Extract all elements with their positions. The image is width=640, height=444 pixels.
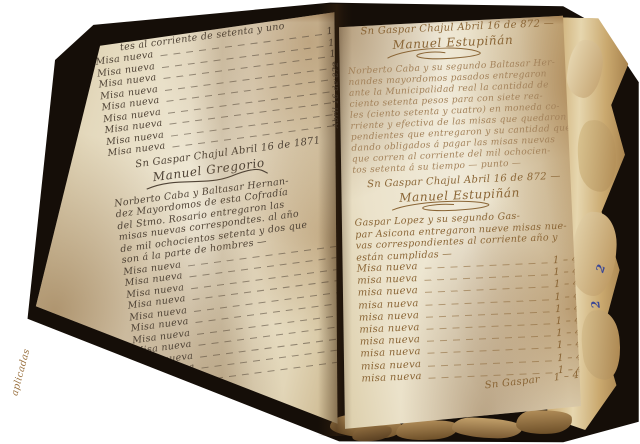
margin-annotation: Abril 16 de 872 xyxy=(331,62,340,128)
manuscript-book-photo: 2 2 las de la cofradía correspondien-tes… xyxy=(0,0,640,444)
corner-value: 1 – 4 xyxy=(553,370,580,384)
entry-label: misa nueva xyxy=(361,371,422,385)
right-page-content: Sn Gaspar Chajul Abril 16 de 872 — Manue… xyxy=(346,14,584,397)
ledger-entries: Misa nueva 1 – 4 misa nueva 1 – 4 misa n… xyxy=(356,254,583,385)
record-paragraph: Norberto Caba y su segundo Baltasar Her-… xyxy=(348,57,575,177)
right-page: Sn Gaspar Chajul Abril 16 de 872 — Manue… xyxy=(335,12,585,434)
margin-note: aplicadas xyxy=(9,348,32,397)
